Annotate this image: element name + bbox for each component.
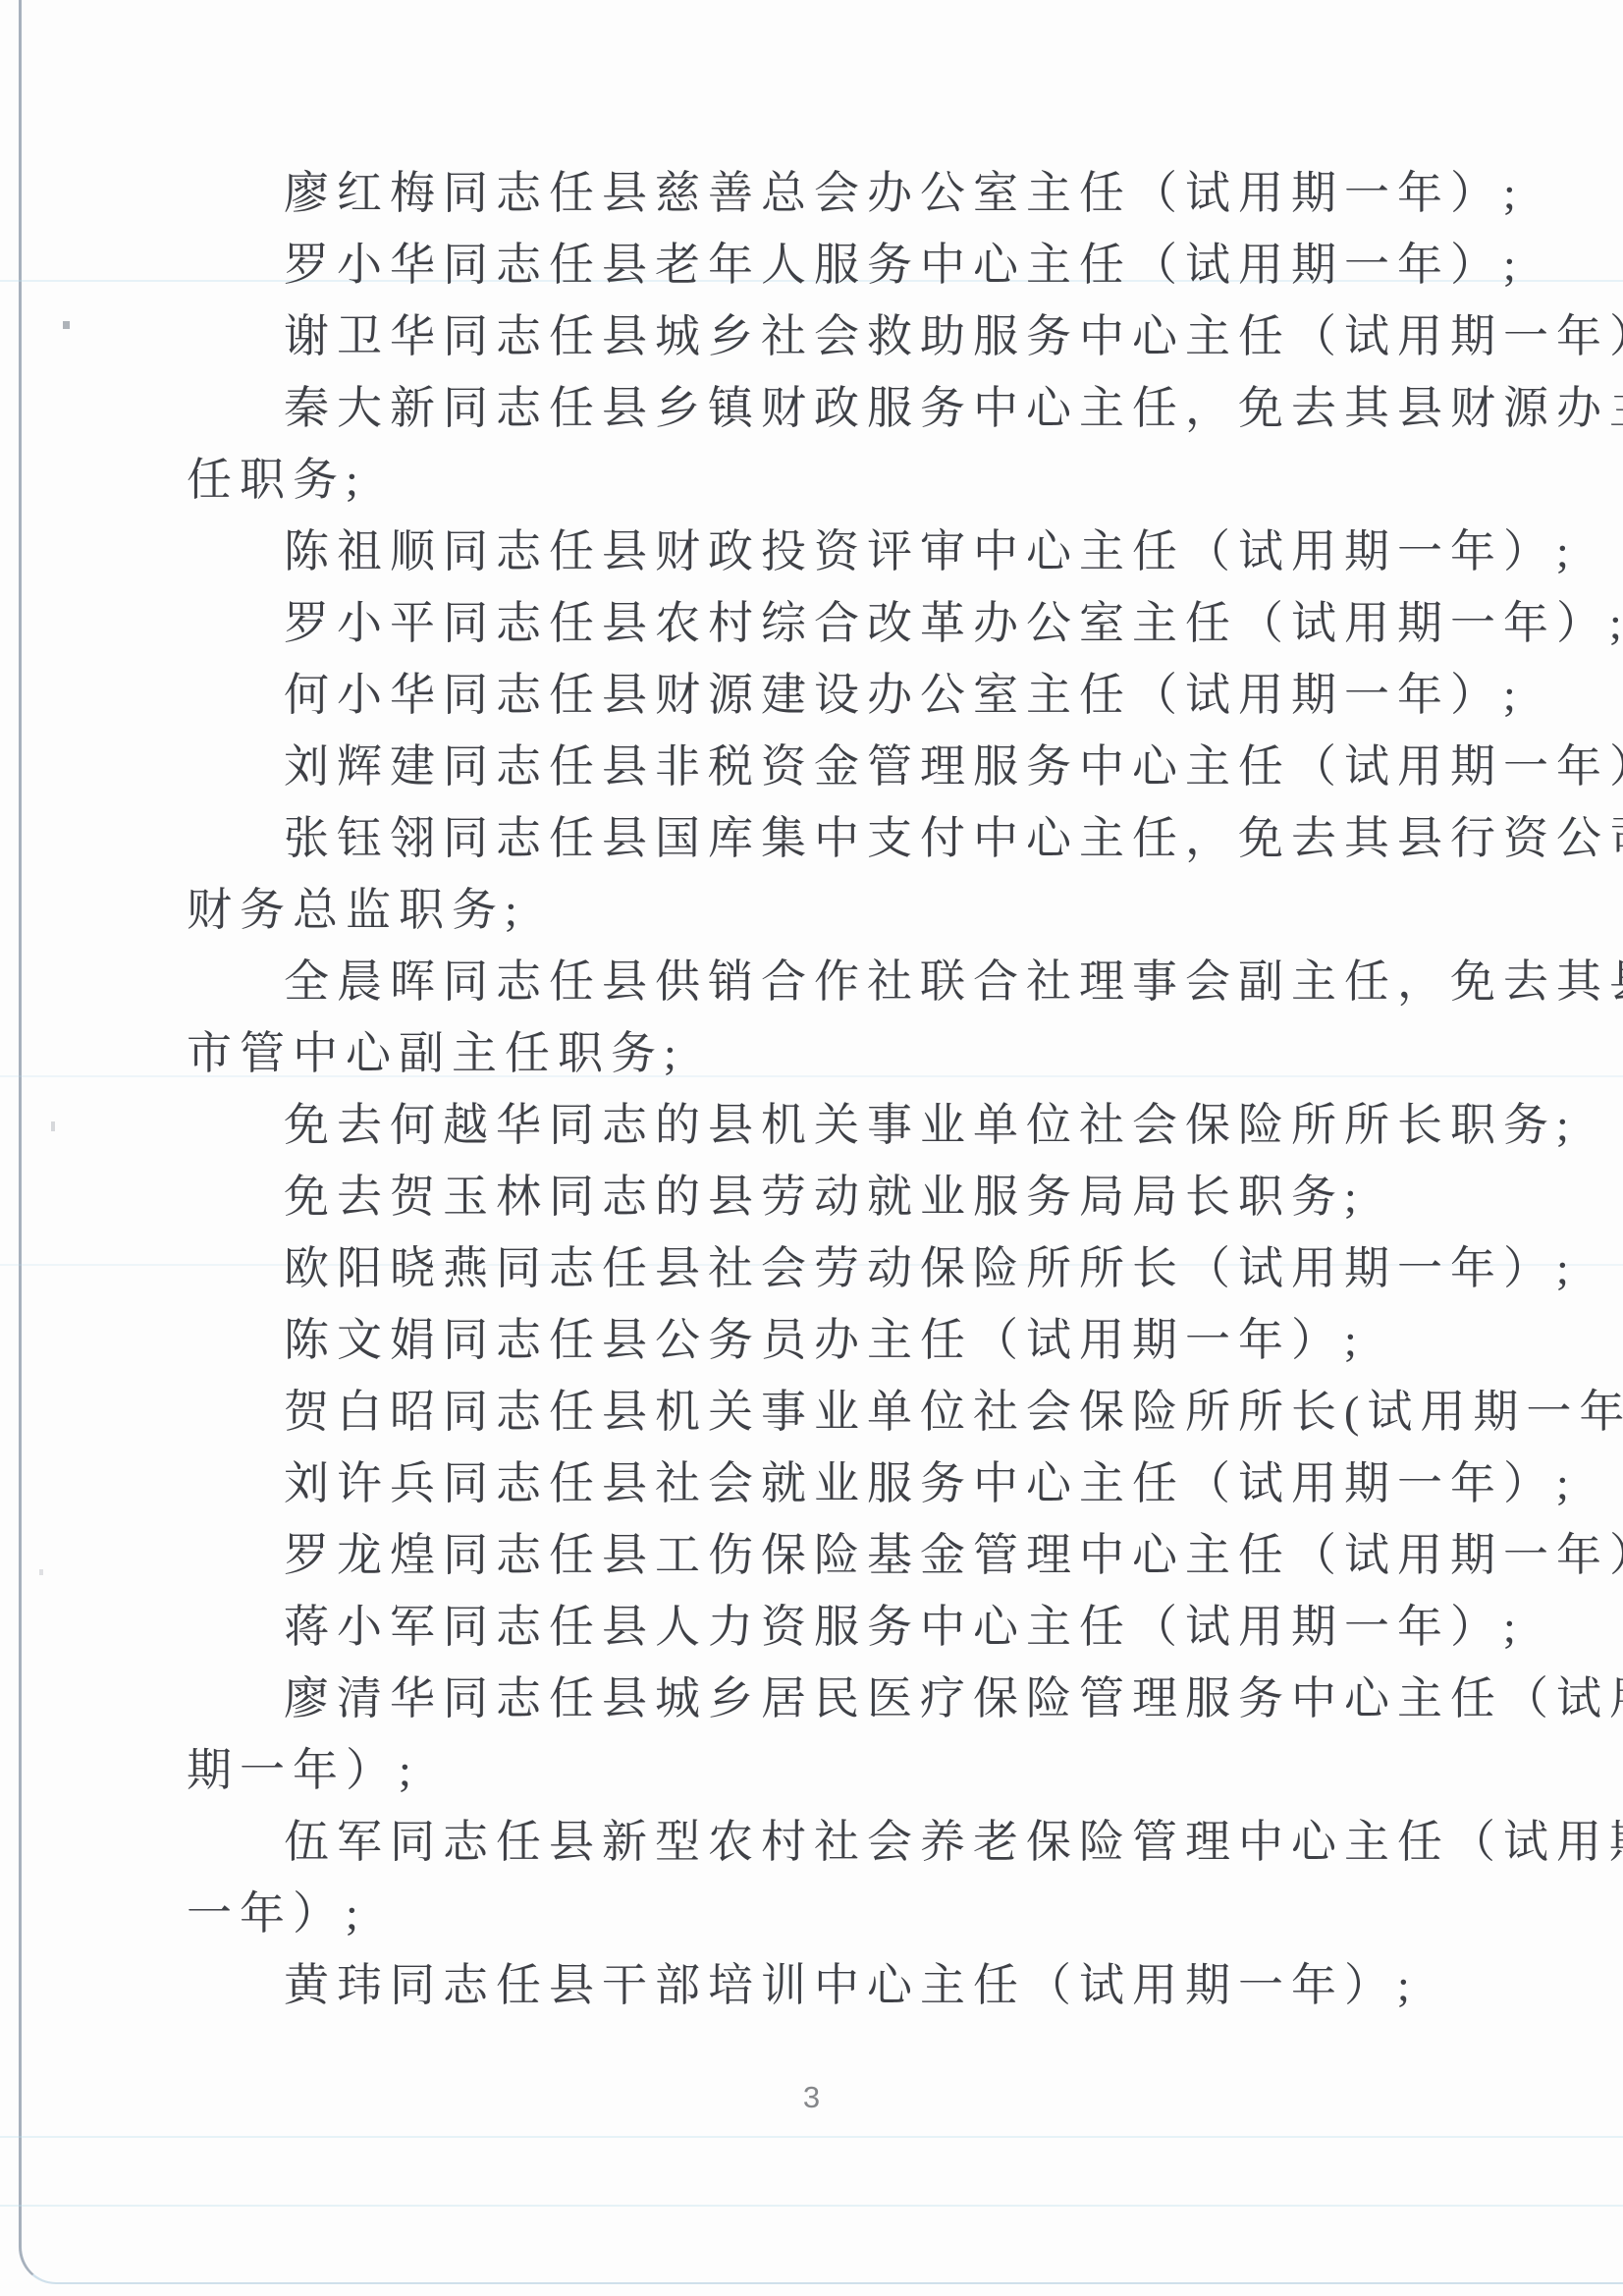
text-line: 免去何越华同志的县机关事业单位社会保险所所长职务; bbox=[187, 1089, 1483, 1161]
ink-speck bbox=[51, 1121, 55, 1131]
text-line: 蒋小军同志任县人力资服务中心主任（试用期一年）; bbox=[187, 1591, 1483, 1663]
text-line: 任职务; bbox=[187, 444, 1483, 516]
text-line: 刘辉建同志任县非税资金管理服务中心主任（试用期一年）; bbox=[187, 731, 1483, 802]
document-body: 廖红梅同志任县慈善总会办公室主任（试用期一年）;罗小华同志任县老年人服务中心主任… bbox=[187, 157, 1483, 2021]
text-line: 陈祖顺同志任县财政投资评审中心主任（试用期一年）; bbox=[187, 516, 1483, 587]
text-line: 一年）; bbox=[187, 1878, 1483, 1949]
text-line: 期一年）; bbox=[187, 1734, 1483, 1806]
text-line: 免去贺玉林同志的县劳动就业服务局局长职务; bbox=[187, 1161, 1483, 1232]
text-line: 黄玮同志任县干部培训中心主任（试用期一年）; bbox=[187, 1949, 1483, 2021]
text-line: 全晨晖同志任县供销合作社联合社理事会副主任，免去其县 bbox=[187, 946, 1483, 1017]
text-line: 贺白昭同志任县机关事业单位社会保险所所长(试用期一年); bbox=[187, 1376, 1483, 1448]
text-line: 欧阳晓燕同志任县社会劳动保险所所长（试用期一年）; bbox=[187, 1232, 1483, 1304]
text-line: 伍军同志任县新型农村社会养老保险管理中心主任（试用期 bbox=[187, 1806, 1483, 1878]
text-line: 何小华同志任县财源建设办公室主任（试用期一年）; bbox=[187, 659, 1483, 731]
text-line: 张钰翎同志任县国库集中支付中心主任，免去其县行资公司 bbox=[187, 802, 1483, 874]
text-line: 陈文娟同志任县公务员办主任（试用期一年）; bbox=[187, 1304, 1483, 1376]
text-line: 罗小华同志任县老年人服务中心主任（试用期一年）; bbox=[187, 229, 1483, 301]
text-line: 罗龙煌同志任县工伤保险基金管理中心主任（试用期一年）; bbox=[187, 1519, 1483, 1591]
text-line: 廖清华同志任县城乡居民医疗保险管理服务中心主任（试用 bbox=[187, 1663, 1483, 1734]
scan-line-artifact bbox=[0, 2205, 1623, 2207]
ink-speck bbox=[39, 1569, 43, 1575]
text-line: 秦大新同志任县乡镇财政服务中心主任，免去其县财源办主 bbox=[187, 372, 1483, 444]
text-line: 市管中心副主任职务; bbox=[187, 1017, 1483, 1089]
text-line: 谢卫华同志任县城乡社会救助服务中心主任（试用期一年）; bbox=[187, 301, 1483, 372]
text-line: 罗小平同志任县农村综合改革办公室主任（试用期一年）; bbox=[187, 587, 1483, 659]
text-line: 刘许兵同志任县社会就业服务中心主任（试用期一年）; bbox=[187, 1448, 1483, 1519]
scanned-document-page: 廖红梅同志任县慈善总会办公室主任（试用期一年）;罗小华同志任县老年人服务中心主任… bbox=[0, 0, 1623, 2296]
text-line: 财务总监职务; bbox=[187, 874, 1483, 946]
scan-line-artifact bbox=[0, 2136, 1623, 2138]
page-number: 3 bbox=[0, 2080, 1623, 2115]
ink-speck bbox=[63, 321, 70, 329]
text-line: 廖红梅同志任县慈善总会办公室主任（试用期一年）; bbox=[187, 157, 1483, 229]
